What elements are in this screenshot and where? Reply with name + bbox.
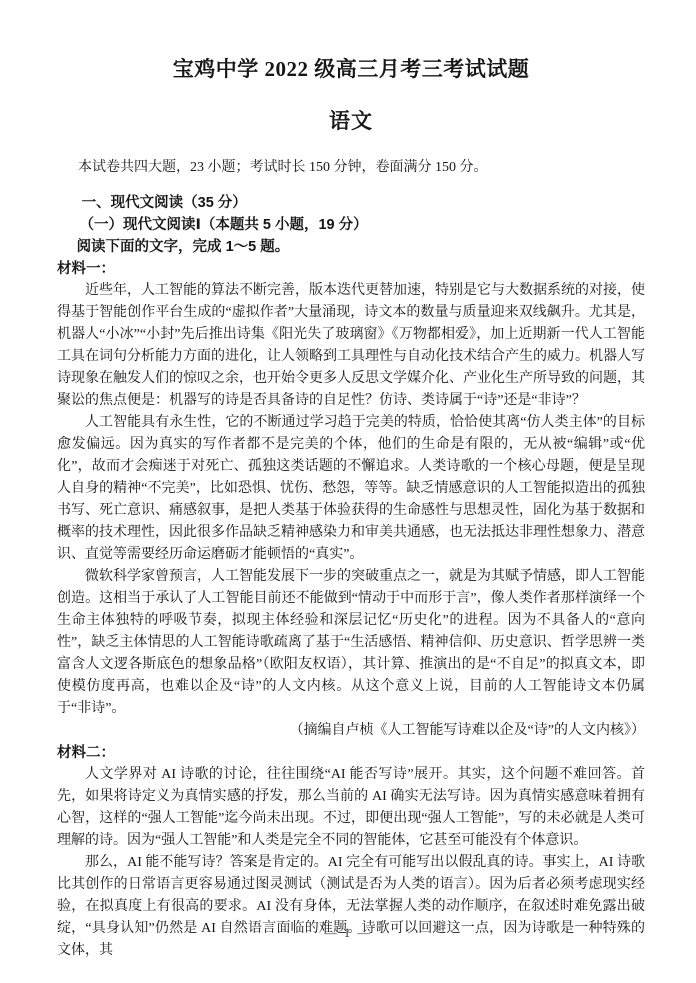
material-one-paragraph-2: 人工智能具有永生性，它的不断通过学习趋于完美的特质，恰恰使其离“仿人类主体”的目…	[57, 412, 645, 566]
exam-info: 本试卷共四大题，23 小题；考试时长 150 分钟，卷面满分 150 分。	[57, 158, 645, 178]
subsection-heading: （一）现代文阅读Ⅰ（本题共 5 小题，19 分）	[57, 214, 645, 236]
material-one-paragraph-3: 微软科学家曾预言，人工智能发展下一步的突破重点之一，就是为其赋予情感，即人工智能…	[57, 566, 645, 720]
subject-title: 语文	[57, 108, 645, 135]
exam-paper-page: 宝鸡中学 2022 级高三月考三考试试题 语文 本试卷共四大题，23 小题；考试…	[0, 0, 696, 983]
reading-instruction: 阅读下面的文字，完成 1～5 题。	[57, 236, 645, 258]
page-number: — 1 —	[0, 926, 696, 941]
page-title: 宝鸡中学 2022 级高三月考三考试试题	[57, 56, 645, 83]
material-two-paragraph-2: 那么，AI 能不能写诗？答案是肯定的。AI 完全有可能写出以假乱真的诗。事实上，…	[57, 852, 645, 962]
material-one-paragraph-1: 近些年，人工智能的算法不断完善，版本迭代更替加速，特别是它与大数据系统的对接，使…	[57, 280, 645, 412]
section-heading: 一、现代文阅读（35 分）	[57, 192, 645, 214]
material-one-attribution: （摘编自卢桢《人工智能写诗难以企及“诗”的人文内核》）	[57, 720, 645, 742]
material-one-label: 材料一：	[57, 258, 645, 280]
material-two-label: 材料二：	[57, 742, 645, 764]
material-two-paragraph-1: 人文学界对 AI 诗歌的讨论，往往围绕“AI 能否写诗”展开。其实，这个问题不难…	[57, 764, 645, 852]
exam-content: 一、现代文阅读（35 分） （一）现代文阅读Ⅰ（本题共 5 小题，19 分） 阅…	[57, 192, 645, 962]
